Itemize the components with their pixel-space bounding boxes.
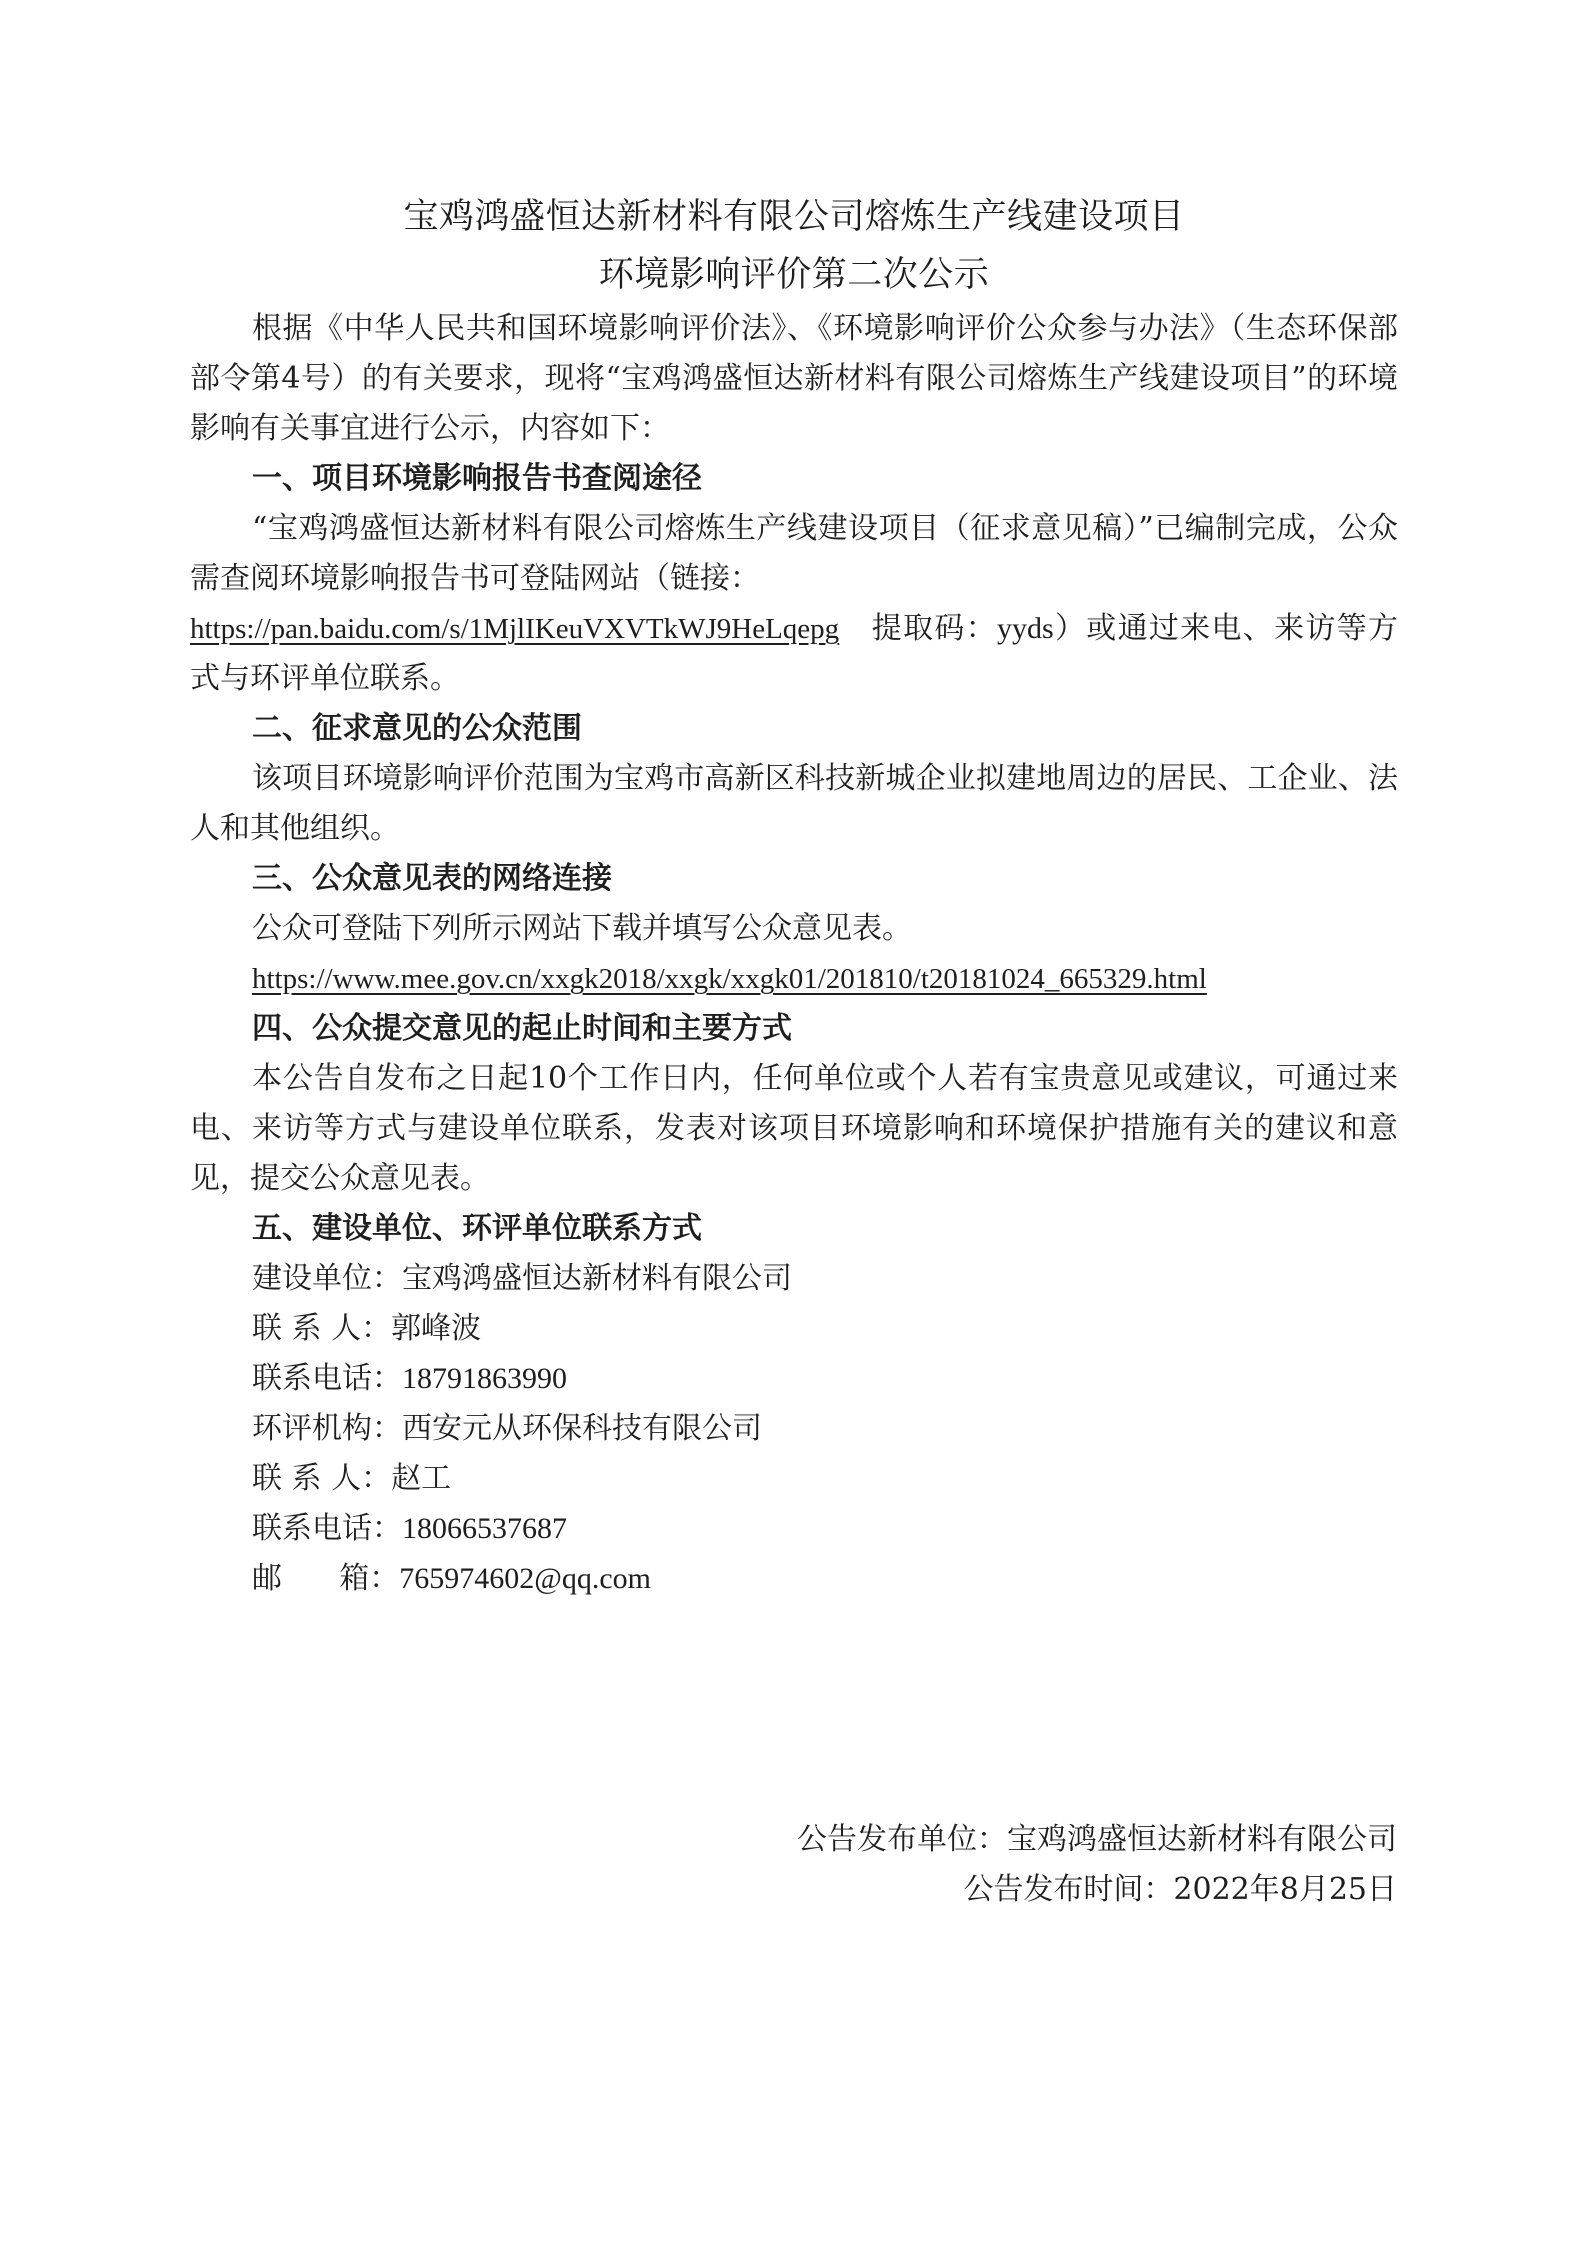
contact-construction-unit: 建设单位：宝鸡鸿盛恒达新材料有限公司 <box>190 1254 1398 1304</box>
contact-value: 18791863990 <box>402 1362 567 1395</box>
contact-value: 赵工 <box>391 1461 451 1496</box>
publish-date-line: 公告发布时间：2022年8月25日 <box>797 1865 1397 1915</box>
intro-paragraph: 根据《中华人民共和国环境影响评价法》、《环境影响评价公众参与办法》（生态环保部 … <box>190 304 1398 454</box>
contact-label: 联 系 人： <box>252 1461 391 1496</box>
contact-list: 建设单位：宝鸡鸿盛恒达新材料有限公司 联 系 人：郭峰波 联系电话：187918… <box>190 1254 1398 1604</box>
section-3-heading: 三、公众意见表的网络连接 <box>190 854 1398 904</box>
section-3-link-line: https://www.mee.gov.cn/xxgk2018/xxgk/xxg… <box>190 954 1398 1004</box>
section-2-body: 该项目环境影响评价范围为宝鸡市高新区科技新城企业拟建地周边的居民、工企业、法人和… <box>190 754 1398 854</box>
signature-block: 公告发布单位：宝鸡鸿盛恒达新材料有限公司 公告发布时间：2022年8月25日 <box>797 1815 1397 1915</box>
contact-person-construction: 联 系 人：郭峰波 <box>190 1304 1398 1354</box>
section-5-heading: 五、建设单位、环评单位联系方式 <box>190 1204 1398 1254</box>
section-1-heading: 一、项目环境影响报告书查阅途径 <box>190 454 1398 504</box>
contact-label: 环评机构： <box>252 1411 402 1446</box>
title-line-2: 环境影响评价第二次公示 <box>190 246 1398 304</box>
publisher-line: 公告发布单位：宝鸡鸿盛恒达新材料有限公司 <box>797 1815 1397 1865</box>
baidu-pan-link[interactable]: https://pan.baidu.com/s/1MjlIKeuVXVTkWJ9… <box>190 613 839 645</box>
contact-value: 西安元从环保科技有限公司 <box>402 1411 762 1446</box>
contact-label: 邮 箱： <box>252 1561 399 1596</box>
section-2-heading: 二、征求意见的公众范围 <box>190 704 1398 754</box>
contact-phone-eia: 联系电话：18066537687 <box>190 1504 1398 1554</box>
opinion-form-link[interactable]: https://www.mee.gov.cn/xxgk2018/xxgk/xxg… <box>252 963 1207 995</box>
contact-eia-agency: 环评机构：西安元从环保科技有限公司 <box>190 1404 1398 1454</box>
contact-value: 宝鸡鸿盛恒达新材料有限公司 <box>402 1261 792 1296</box>
contact-label: 建设单位： <box>252 1261 402 1296</box>
contact-value: 18066537687 <box>402 1512 567 1545</box>
contact-label: 联 系 人： <box>252 1311 391 1346</box>
contact-label: 联系电话： <box>252 1361 402 1396</box>
section-4-body: 本公告自发布之日起10个工作日内，任何单位或个人若有宝贵意见或建议，可通过来电、… <box>190 1054 1398 1204</box>
contact-value: 郭峰波 <box>391 1311 481 1346</box>
section-1-body-text: “宝鸡鸿盛恒达新材料有限公司熔炼生产线建设项目（征求意见稿）”已编制完成，公众需… <box>190 511 1398 596</box>
title-line-1: 宝鸡鸿盛恒达新材料有限公司熔炼生产线建设项目 <box>190 188 1398 246</box>
section-4-heading: 四、公众提交意见的起止时间和主要方式 <box>190 1004 1398 1054</box>
contact-phone-construction: 联系电话：18791863990 <box>190 1354 1398 1404</box>
section-1-body: “宝鸡鸿盛恒达新材料有限公司熔炼生产线建设项目（征求意见稿）”已编制完成，公众需… <box>190 504 1398 704</box>
contact-email: 邮 箱：765974602@qq.com <box>190 1554 1398 1604</box>
contact-label: 联系电话： <box>252 1511 402 1546</box>
contact-person-eia: 联 系 人：赵工 <box>190 1454 1398 1504</box>
section-3-body: 公众可登陆下列所示网站下载并填写公众意见表。 <box>190 904 1398 954</box>
document-page: 宝鸡鸿盛恒达新材料有限公司熔炼生产线建设项目 环境影响评价第二次公示 根据《中华… <box>190 188 1398 1604</box>
contact-value: 765974602@qq.com <box>399 1562 651 1595</box>
document-title: 宝鸡鸿盛恒达新材料有限公司熔炼生产线建设项目 环境影响评价第二次公示 <box>190 188 1398 304</box>
